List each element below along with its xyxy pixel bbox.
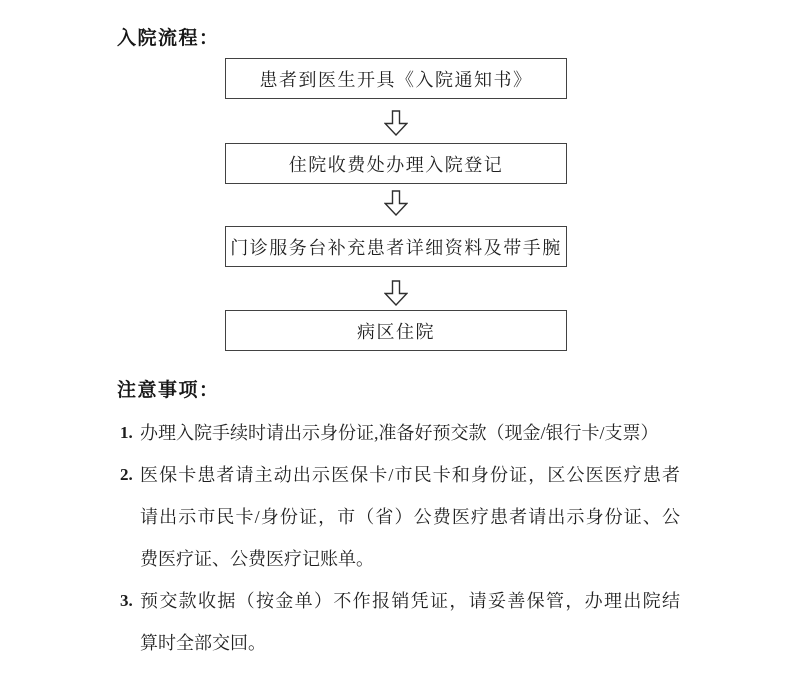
- flow-step-1-label: 患者到医生开具《入院通知书》: [260, 66, 533, 92]
- note-line: 医保卡患者请主动出示医保卡/市民卡和身份证，区公医医疗患者: [140, 454, 680, 496]
- down-arrow-icon: [384, 280, 408, 306]
- note-item-2-number: 2.: [120, 454, 140, 496]
- note-item-1-lines: 办理入院手续时请出示身份证,准备好预交款（现金/银行卡/支票）: [140, 412, 680, 454]
- flow-step-2-label: 住院收费处办理入院登记: [289, 151, 504, 177]
- note-item-2-lines: 医保卡患者请主动出示医保卡/市民卡和身份证，区公医医疗患者 请出示市民卡/身份证…: [140, 454, 680, 580]
- note-line: 预交款收据（按金单）不作报销凭证，请妥善保管，办理出院结: [140, 580, 680, 622]
- flow-step-1-box: 患者到医生开具《入院通知书》: [225, 58, 567, 99]
- flow-step-3-label: 门诊服务台补充患者详细资料及带手腕: [230, 234, 562, 260]
- note-item-3: 3. 预交款收据（按金单）不作报销凭证，请妥善保管，办理出院结 算时全部交回。: [117, 580, 683, 664]
- flow-step-3-box: 门诊服务台补充患者详细资料及带手腕: [225, 226, 567, 267]
- note-line: 请出示市民卡/身份证，市（省）公费医疗患者请出示身份证、公: [140, 496, 680, 538]
- note-item-3-lines: 预交款收据（按金单）不作报销凭证，请妥善保管，办理出院结 算时全部交回。: [140, 580, 680, 664]
- note-line: 办理入院手续时请出示身份证,准备好预交款（现金/银行卡/支票）: [140, 412, 680, 454]
- notes-section-title: 注意事项：: [117, 370, 683, 412]
- note-item-3-number: 3.: [120, 580, 140, 622]
- note-item-2: 2. 医保卡患者请主动出示医保卡/市民卡和身份证，区公医医疗患者 请出示市民卡/…: [117, 454, 683, 580]
- note-line: 费医疗证、公费医疗记账单。: [140, 538, 680, 580]
- note-item-1-number: 1.: [120, 412, 140, 454]
- notes-section: 注意事项： 1. 办理入院手续时请出示身份证,准备好预交款（现金/银行卡/支票）…: [117, 370, 683, 664]
- down-arrow-icon: [384, 110, 408, 136]
- down-arrow-icon: [384, 190, 408, 216]
- flow-step-4-label: 病区住院: [357, 318, 435, 344]
- note-line: 算时全部交回。: [140, 622, 680, 664]
- document-page: 入院流程： 患者到医生开具《入院通知书》 住院收费处办理入院登记 门诊服务台补充…: [0, 0, 792, 679]
- flow-step-2-box: 住院收费处办理入院登记: [225, 143, 567, 184]
- flow-section-title: 入院流程：: [117, 29, 220, 49]
- note-item-1: 1. 办理入院手续时请出示身份证,准备好预交款（现金/银行卡/支票）: [117, 412, 683, 454]
- flow-step-4-box: 病区住院: [225, 310, 567, 351]
